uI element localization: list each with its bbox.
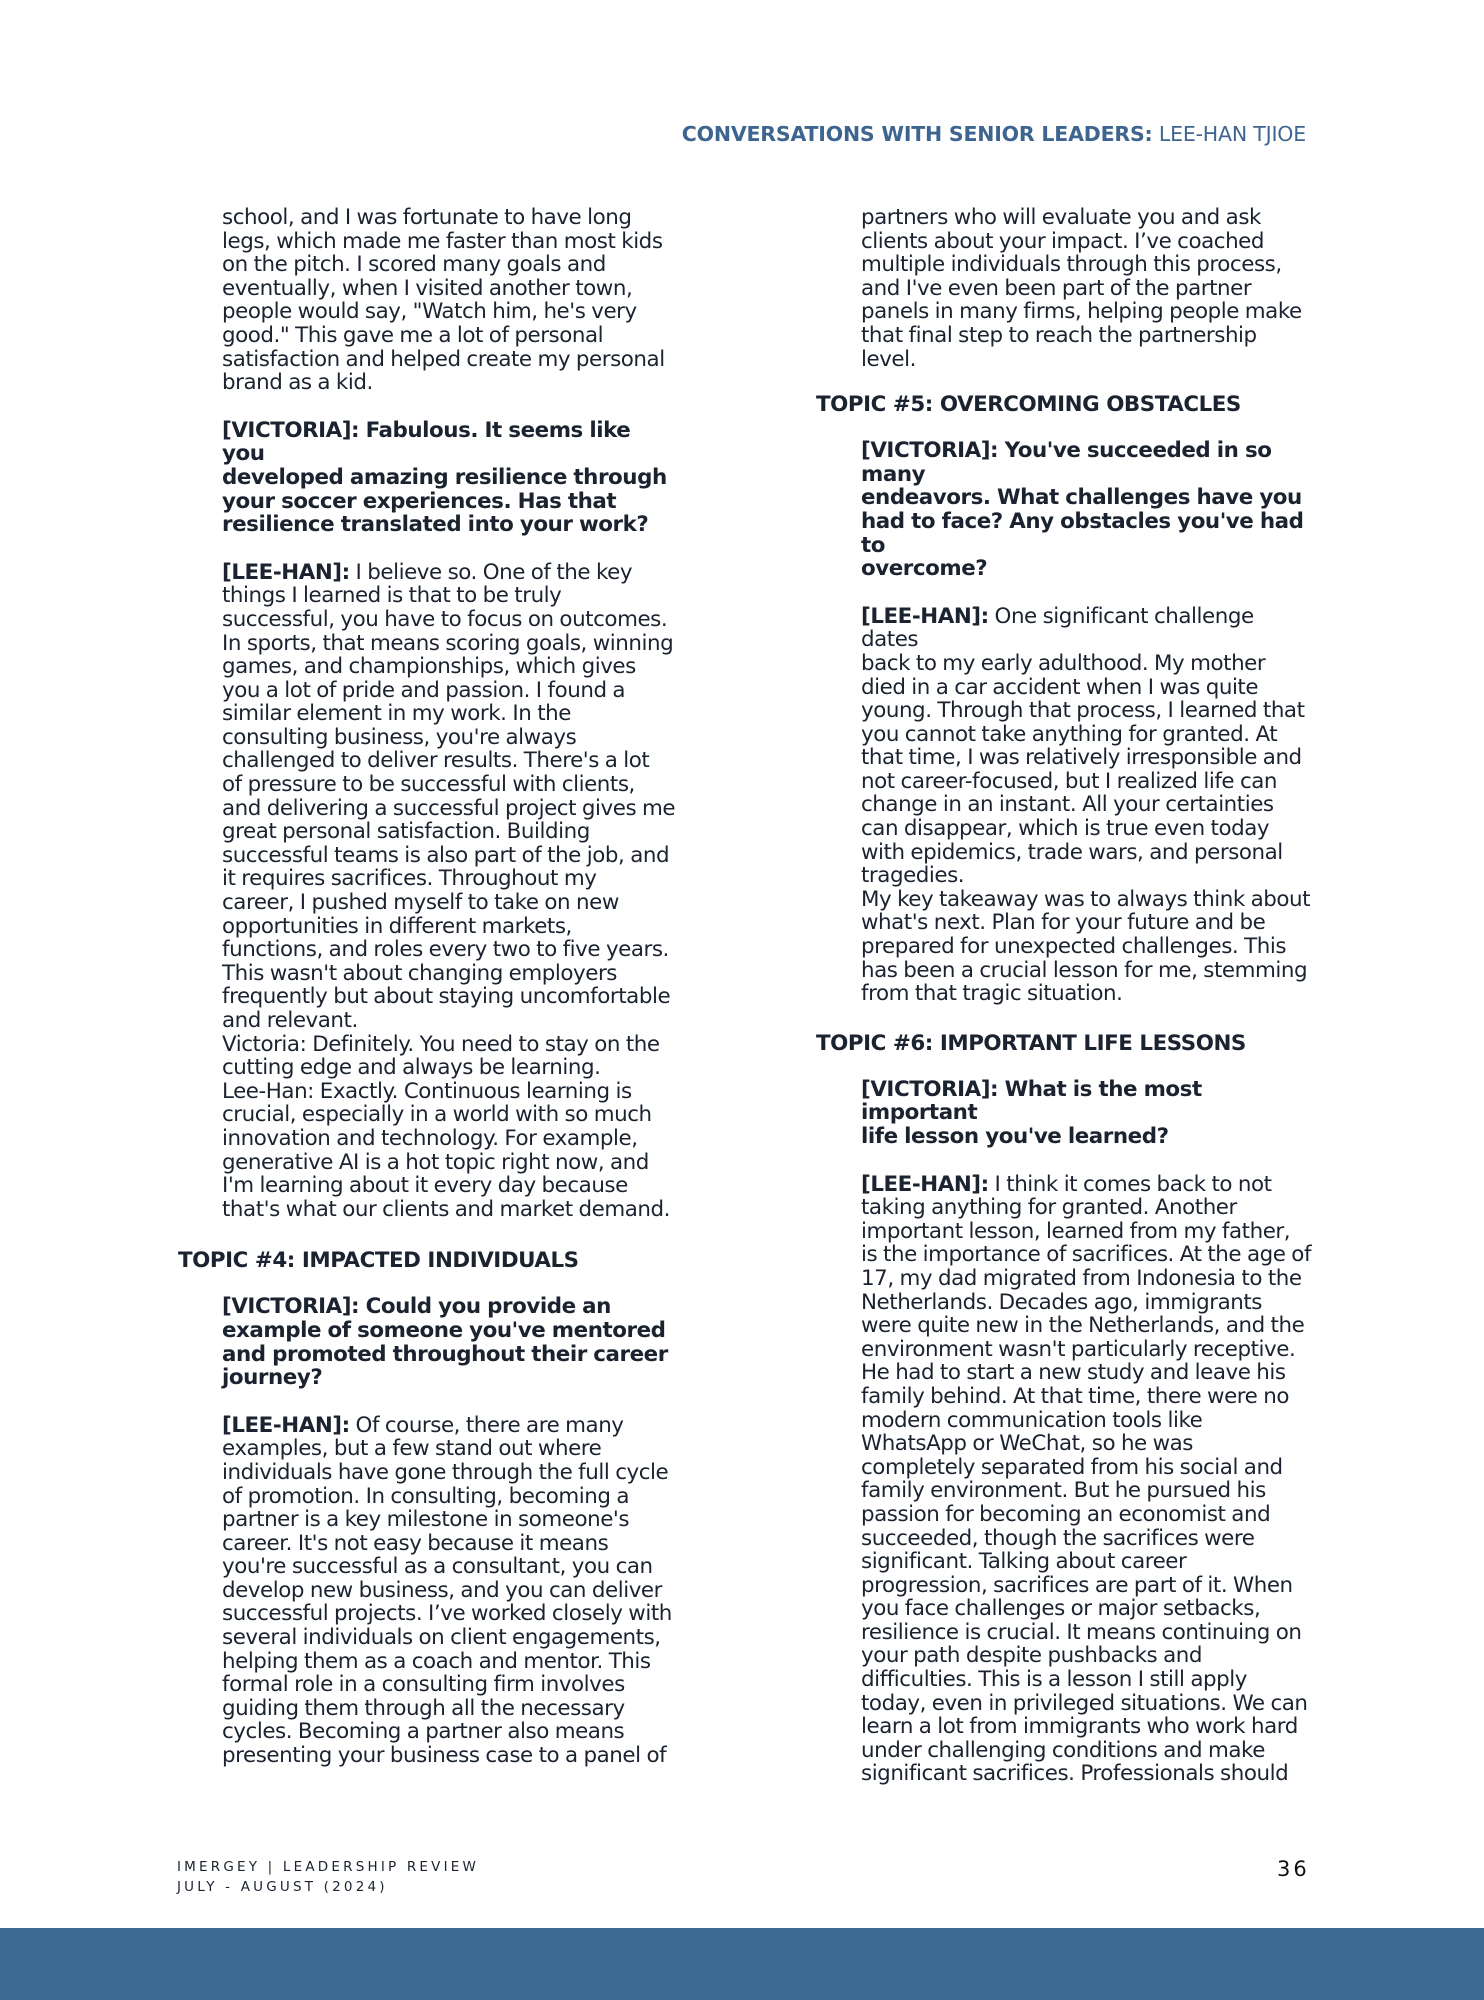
speaker-label: [LEE-HAN]: bbox=[861, 1172, 989, 1197]
answer-text: One significant challenge dates back to … bbox=[861, 604, 1310, 1007]
speaker-label: [LEE-HAN]: bbox=[222, 560, 350, 585]
paragraph-soccer-childhood: school, and I was fortunate to have long… bbox=[178, 206, 678, 395]
interviewee-name: LEE-HAN TJIOE bbox=[1159, 122, 1306, 146]
left-column: school, and I was fortunate to have long… bbox=[178, 206, 678, 1768]
topic-6-heading: TOPIC #6: IMPORTANT LIFE LESSONS bbox=[816, 1032, 1316, 1056]
publication-name: IMERGEY | LEADERSHIP REVIEW bbox=[177, 1857, 479, 1877]
answer-text: I believe so. One of the key things I le… bbox=[222, 560, 675, 1222]
answer-resilience: [LEE-HAN]: I believe so. One of the key … bbox=[178, 561, 678, 1222]
answer-obstacles: [LEE-HAN]: One significant challenge dat… bbox=[816, 605, 1316, 1006]
paragraph-partner-panels: partners who will evaluate you and ask c… bbox=[816, 206, 1316, 371]
speaker-label: [LEE-HAN]: bbox=[222, 1413, 350, 1438]
running-header: CONVERSATIONS WITH SENIOR LEADERS: LEE-H… bbox=[682, 122, 1306, 146]
answer-text: I think it comes back to not taking anyt… bbox=[861, 1172, 1311, 1787]
footer-publication-info: IMERGEY | LEADERSHIP REVIEW JULY - AUGUS… bbox=[177, 1857, 479, 1897]
topic-4-heading: TOPIC #4: IMPACTED INDIVIDUALS bbox=[178, 1249, 678, 1273]
question-obstacles: [VICTORIA]: You've succeeded in so many … bbox=[816, 439, 1316, 581]
page-number: 36 bbox=[1277, 1857, 1310, 1881]
question-resilience: [VICTORIA]: Fabulous. It seems like you … bbox=[178, 419, 678, 537]
answer-life-lesson: [LEE-HAN]: I think it comes back to not … bbox=[816, 1173, 1316, 1786]
right-column: partners who will evaluate you and ask c… bbox=[816, 206, 1316, 1786]
answer-mentoring: [LEE-HAN]: Of course, there are many exa… bbox=[178, 1414, 678, 1768]
issue-date: JULY - AUGUST (2024) bbox=[177, 1877, 479, 1897]
question-mentoring: [VICTORIA]: Could you provide an example… bbox=[178, 1295, 678, 1389]
footer-accent-band bbox=[0, 1928, 1484, 2000]
topic-5-heading: TOPIC #5: OVERCOMING OBSTACLES bbox=[816, 393, 1316, 417]
answer-text: Of course, there are many examples, but … bbox=[222, 1413, 672, 1768]
series-title: CONVERSATIONS WITH SENIOR LEADERS: bbox=[682, 122, 1153, 146]
speaker-label: [LEE-HAN]: bbox=[861, 604, 989, 629]
question-life-lesson: [VICTORIA]: What is the most important l… bbox=[816, 1078, 1316, 1149]
